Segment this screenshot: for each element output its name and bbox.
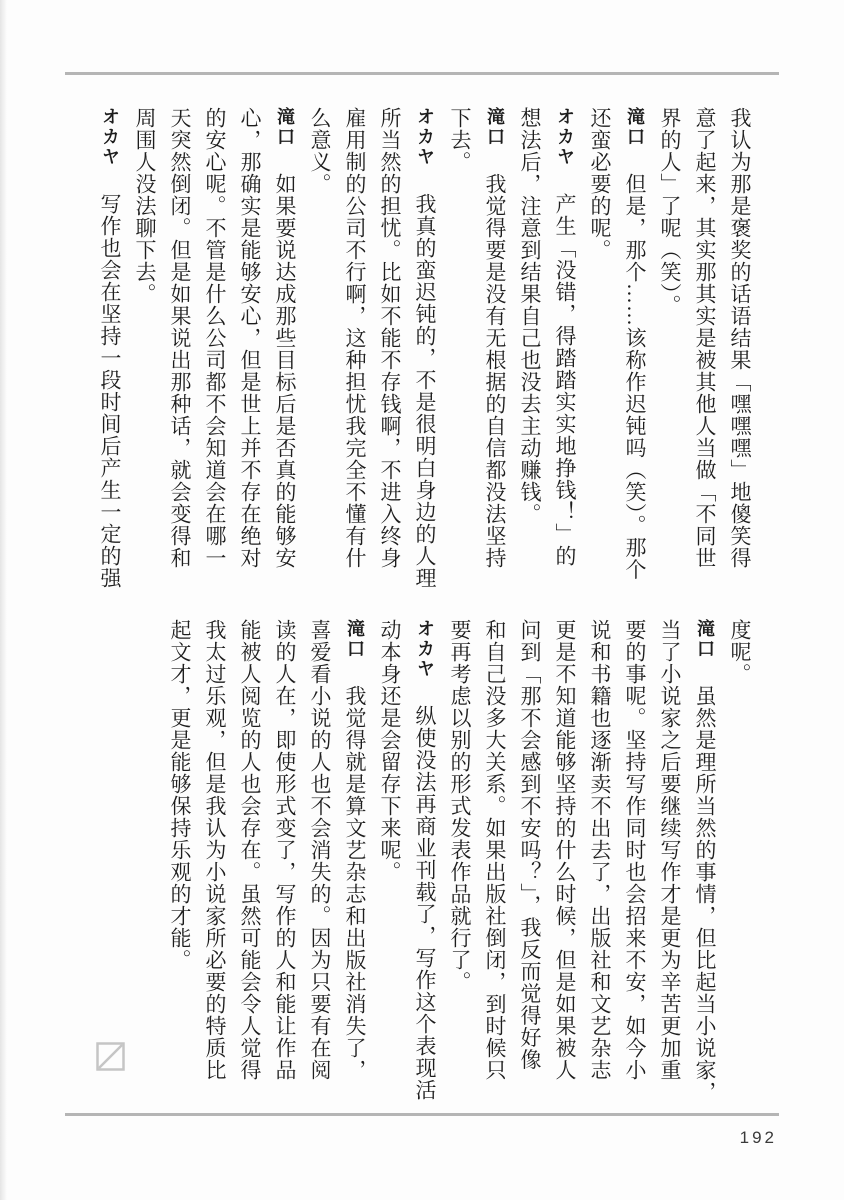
top-rule: [65, 72, 779, 75]
dialogue-text: 要再考虑以别的形式发表作品就行了。: [448, 619, 472, 993]
dialogue-column: 的安心呢。不管是什么公司都不会知道会在哪一: [197, 107, 232, 589]
dialogue-text: 下去。: [448, 107, 472, 173]
dialogue-text: 所当然的担忧。比如不能不存钱啊，不进入终身: [378, 107, 402, 569]
speaker-name: 滝口: [625, 107, 645, 147]
speaker-name: 滝口: [485, 107, 505, 147]
speaker-name: オカヤ: [415, 107, 435, 167]
dialogue-column: 喜爱看小说的人也不会消失的。因为只要有在阅: [302, 619, 337, 1101]
dialogue-column: 我太过乐观，但是我认为小说家所必要的特质比: [197, 619, 232, 1101]
dialogue-column: 雇用制的公司不行啊，这种担忧我完全不懂有什: [337, 107, 372, 589]
dialogue-column: 下去。: [442, 107, 477, 589]
speaker-name: 滝口: [695, 619, 715, 659]
dialogue-column-with-speaker: 滝口但是，那个……该称作迟钝吗（笑）。那个: [617, 107, 652, 589]
dialogue-text: 更是不知道能够坚持的什么时候，但是如果被人: [553, 619, 577, 1081]
dialogue-column: 想法后，注意到结果自己也没去主动赚钱。: [512, 107, 547, 589]
page-edge-shadow: [0, 0, 7, 1200]
dialogue-column-with-speaker: 滝口我觉得要是没有无根据的自信都没法坚持: [477, 107, 512, 589]
dialogue-column-with-speaker: オカヤ产生「没错，得踏踏实实地挣钱！」的: [547, 107, 582, 589]
dialogue-column: 意了起来，其实那其实是被其他人当做「不同世: [687, 107, 722, 589]
dialogue-text: 但是，那个……该称作迟钝吗（笑）。那个: [623, 173, 647, 581]
dialogue-column: 么意义。: [302, 107, 337, 589]
dialogue-column: 和自己没多大关系。如果出版社倒闭，到时候只: [477, 619, 512, 1101]
dialogue-block-bottom: 度呢。滝口虽然是理所当然的事情，但比起当小说家，当了小说家之后要继续写作才是更为…: [162, 619, 757, 1101]
dialogue-column: 问到「那不会感到不安吗？」，我反而觉得好像: [512, 619, 547, 1101]
dialogue-text: 想法后，注意到结果自己也没去主动赚钱。: [518, 107, 542, 525]
dialogue-text: 我真的蛮迟钝的，不是很明白身边的人理: [413, 193, 437, 589]
page-number: 192: [740, 1128, 777, 1148]
dialogue-text: 还蛮必要的呢。: [588, 107, 612, 261]
dialogue-column-with-speaker: 滝口虽然是理所当然的事情，但比起当小说家，: [687, 619, 722, 1101]
dialogue-text: 意了起来，其实那其实是被其他人当做「不同世: [693, 107, 717, 569]
dialogue-text: 界的人」了呢（笑）。: [658, 107, 682, 317]
dialogue-text: 起文才，更是能够保持乐观的才能。: [168, 619, 192, 971]
dialogue-text: 问到「那不会感到不安吗？」，我反而觉得好像: [518, 619, 542, 1071]
dialogue-column-with-speaker: 滝口如果要说达成那些目标后是否真的能够安: [267, 107, 302, 589]
dialogue-text: 要的事呢。坚持写作同时也会招来不安，如今小: [623, 619, 647, 1081]
dialogue-text: 么意义。: [308, 107, 332, 195]
dialogue-column: 周围人没法聊下去。: [127, 107, 162, 589]
dialogue-block-top: 我认为那是褒奖的话语结果「嘿嘿嘿」地傻笑得意了起来，其实那其实是被其他人当做「不…: [92, 107, 757, 589]
dialogue-column: 度呢。: [722, 619, 757, 1101]
speaker-name: オカヤ: [555, 107, 575, 167]
dialogue-column: 能被人阅览的人也会存在。虽然可能会令人觉得: [232, 619, 267, 1101]
dialogue-column-with-speaker: オカヤ写作也会在坚持一段时间后产生一定的强: [92, 107, 127, 589]
dialogue-text: 虽然是理所当然的事情，但比起当小说家，: [693, 685, 717, 1103]
dialogue-text: 我认为那是褒奖的话语结果「嘿嘿嘿」地傻笑得: [728, 107, 752, 569]
dialogue-column: 我认为那是褒奖的话语结果「嘿嘿嘿」地傻笑得: [722, 107, 757, 589]
dialogue-text: 读的人在，即使形式变了，写作的人和能让作品: [273, 619, 297, 1081]
dialogue-text: 动本身还是会留存下来呢。: [378, 619, 402, 883]
dialogue-text: 产生「没错，得踏踏实实地挣钱！」的: [553, 193, 577, 567]
dialogue-column: 动本身还是会留存下来呢。: [372, 619, 407, 1101]
dialogue-text: 和自己没多大关系。如果出版社倒闭，到时候只: [483, 619, 507, 1081]
dialogue-column: 所当然的担忧。比如不能不存钱啊，不进入终身: [372, 107, 407, 589]
speaker-name: 滝口: [275, 107, 295, 147]
dialogue-text: 的安心呢。不管是什么公司都不会知道会在哪一: [203, 107, 227, 569]
dialogue-column: 天突然倒闭。但是如果说出那种话，就会变得和: [162, 107, 197, 589]
dialogue-text: 我觉得要是没有无根据的自信都没法坚持: [483, 173, 507, 569]
dialogue-text: 天突然倒闭。但是如果说出那种话，就会变得和: [168, 107, 192, 569]
dialogue-column: 起文才，更是能够保持乐观的才能。: [162, 619, 197, 1101]
speaker-name: 滝口: [345, 619, 365, 659]
dialogue-text: 能被人阅览的人也会存在。虽然可能会令人觉得: [238, 619, 262, 1081]
dialogue-column: 说和书籍也逐渐卖不出去了，出版社和文艺杂志: [582, 619, 617, 1101]
dialogue-text: 如果要说达成那些目标后是否真的能够安: [273, 173, 297, 569]
dialogue-text: 周围人没法聊下去。: [133, 107, 157, 305]
dialogue-text: 当了小说家之后要继续写作才是更为辛苦更加重: [658, 619, 682, 1081]
dialogue-column-with-speaker: オカヤ我真的蛮迟钝的，不是很明白身边的人理: [407, 107, 442, 589]
dialogue-column-with-speaker: 滝口我觉得就是算文艺杂志和出版社消失了，: [337, 619, 372, 1101]
dialogue-text: 我觉得就是算文艺杂志和出版社消失了，: [343, 685, 367, 1081]
dialogue-text: 纵使没法再商业刊载了，写作这个表现活: [413, 705, 437, 1101]
dialogue-text: 写作也会在坚持一段时间后产生一定的强: [98, 193, 122, 589]
dialogue-text: 我太过乐观，但是我认为小说家所必要的特质比: [203, 619, 227, 1081]
speaker-name: オカヤ: [100, 107, 120, 167]
dialogue-column: 心，那确实是能够安心，但是世上并不存在绝对: [232, 107, 267, 589]
dialogue-text: 度呢。: [728, 619, 752, 685]
dialogue-column: 还蛮必要的呢。: [582, 107, 617, 589]
dialogue-column: 要的事呢。坚持写作同时也会招来不安，如今小: [617, 619, 652, 1101]
dialogue-column: 要再考虑以别的形式发表作品就行了。: [442, 619, 477, 1101]
dialogue-text: 雇用制的公司不行啊，这种担忧我完全不懂有什: [343, 107, 367, 569]
dialogue-text: 心，那确实是能够安心，但是世上并不存在绝对: [238, 107, 262, 569]
dialogue-column-with-speaker: オカヤ纵使没法再商业刊载了，写作这个表现活: [407, 619, 442, 1101]
bottom-rule: [65, 1113, 779, 1116]
speaker-name: オカヤ: [415, 619, 435, 679]
dialogue-text: 喜爱看小说的人也不会消失的。因为只要有在阅: [308, 619, 332, 1081]
end-of-text-mark-icon: [96, 1042, 125, 1071]
dialogue-column: 当了小说家之后要继续写作才是更为辛苦更加重: [652, 619, 687, 1101]
dialogue-column: 读的人在，即使形式变了，写作的人和能让作品: [267, 619, 302, 1101]
dialogue-text: 说和书籍也逐渐卖不出去了，出版社和文艺杂志: [588, 619, 612, 1081]
dialogue-column: 界的人」了呢（笑）。: [652, 107, 687, 589]
dialogue-column: 更是不知道能够坚持的什么时候，但是如果被人: [547, 619, 582, 1101]
